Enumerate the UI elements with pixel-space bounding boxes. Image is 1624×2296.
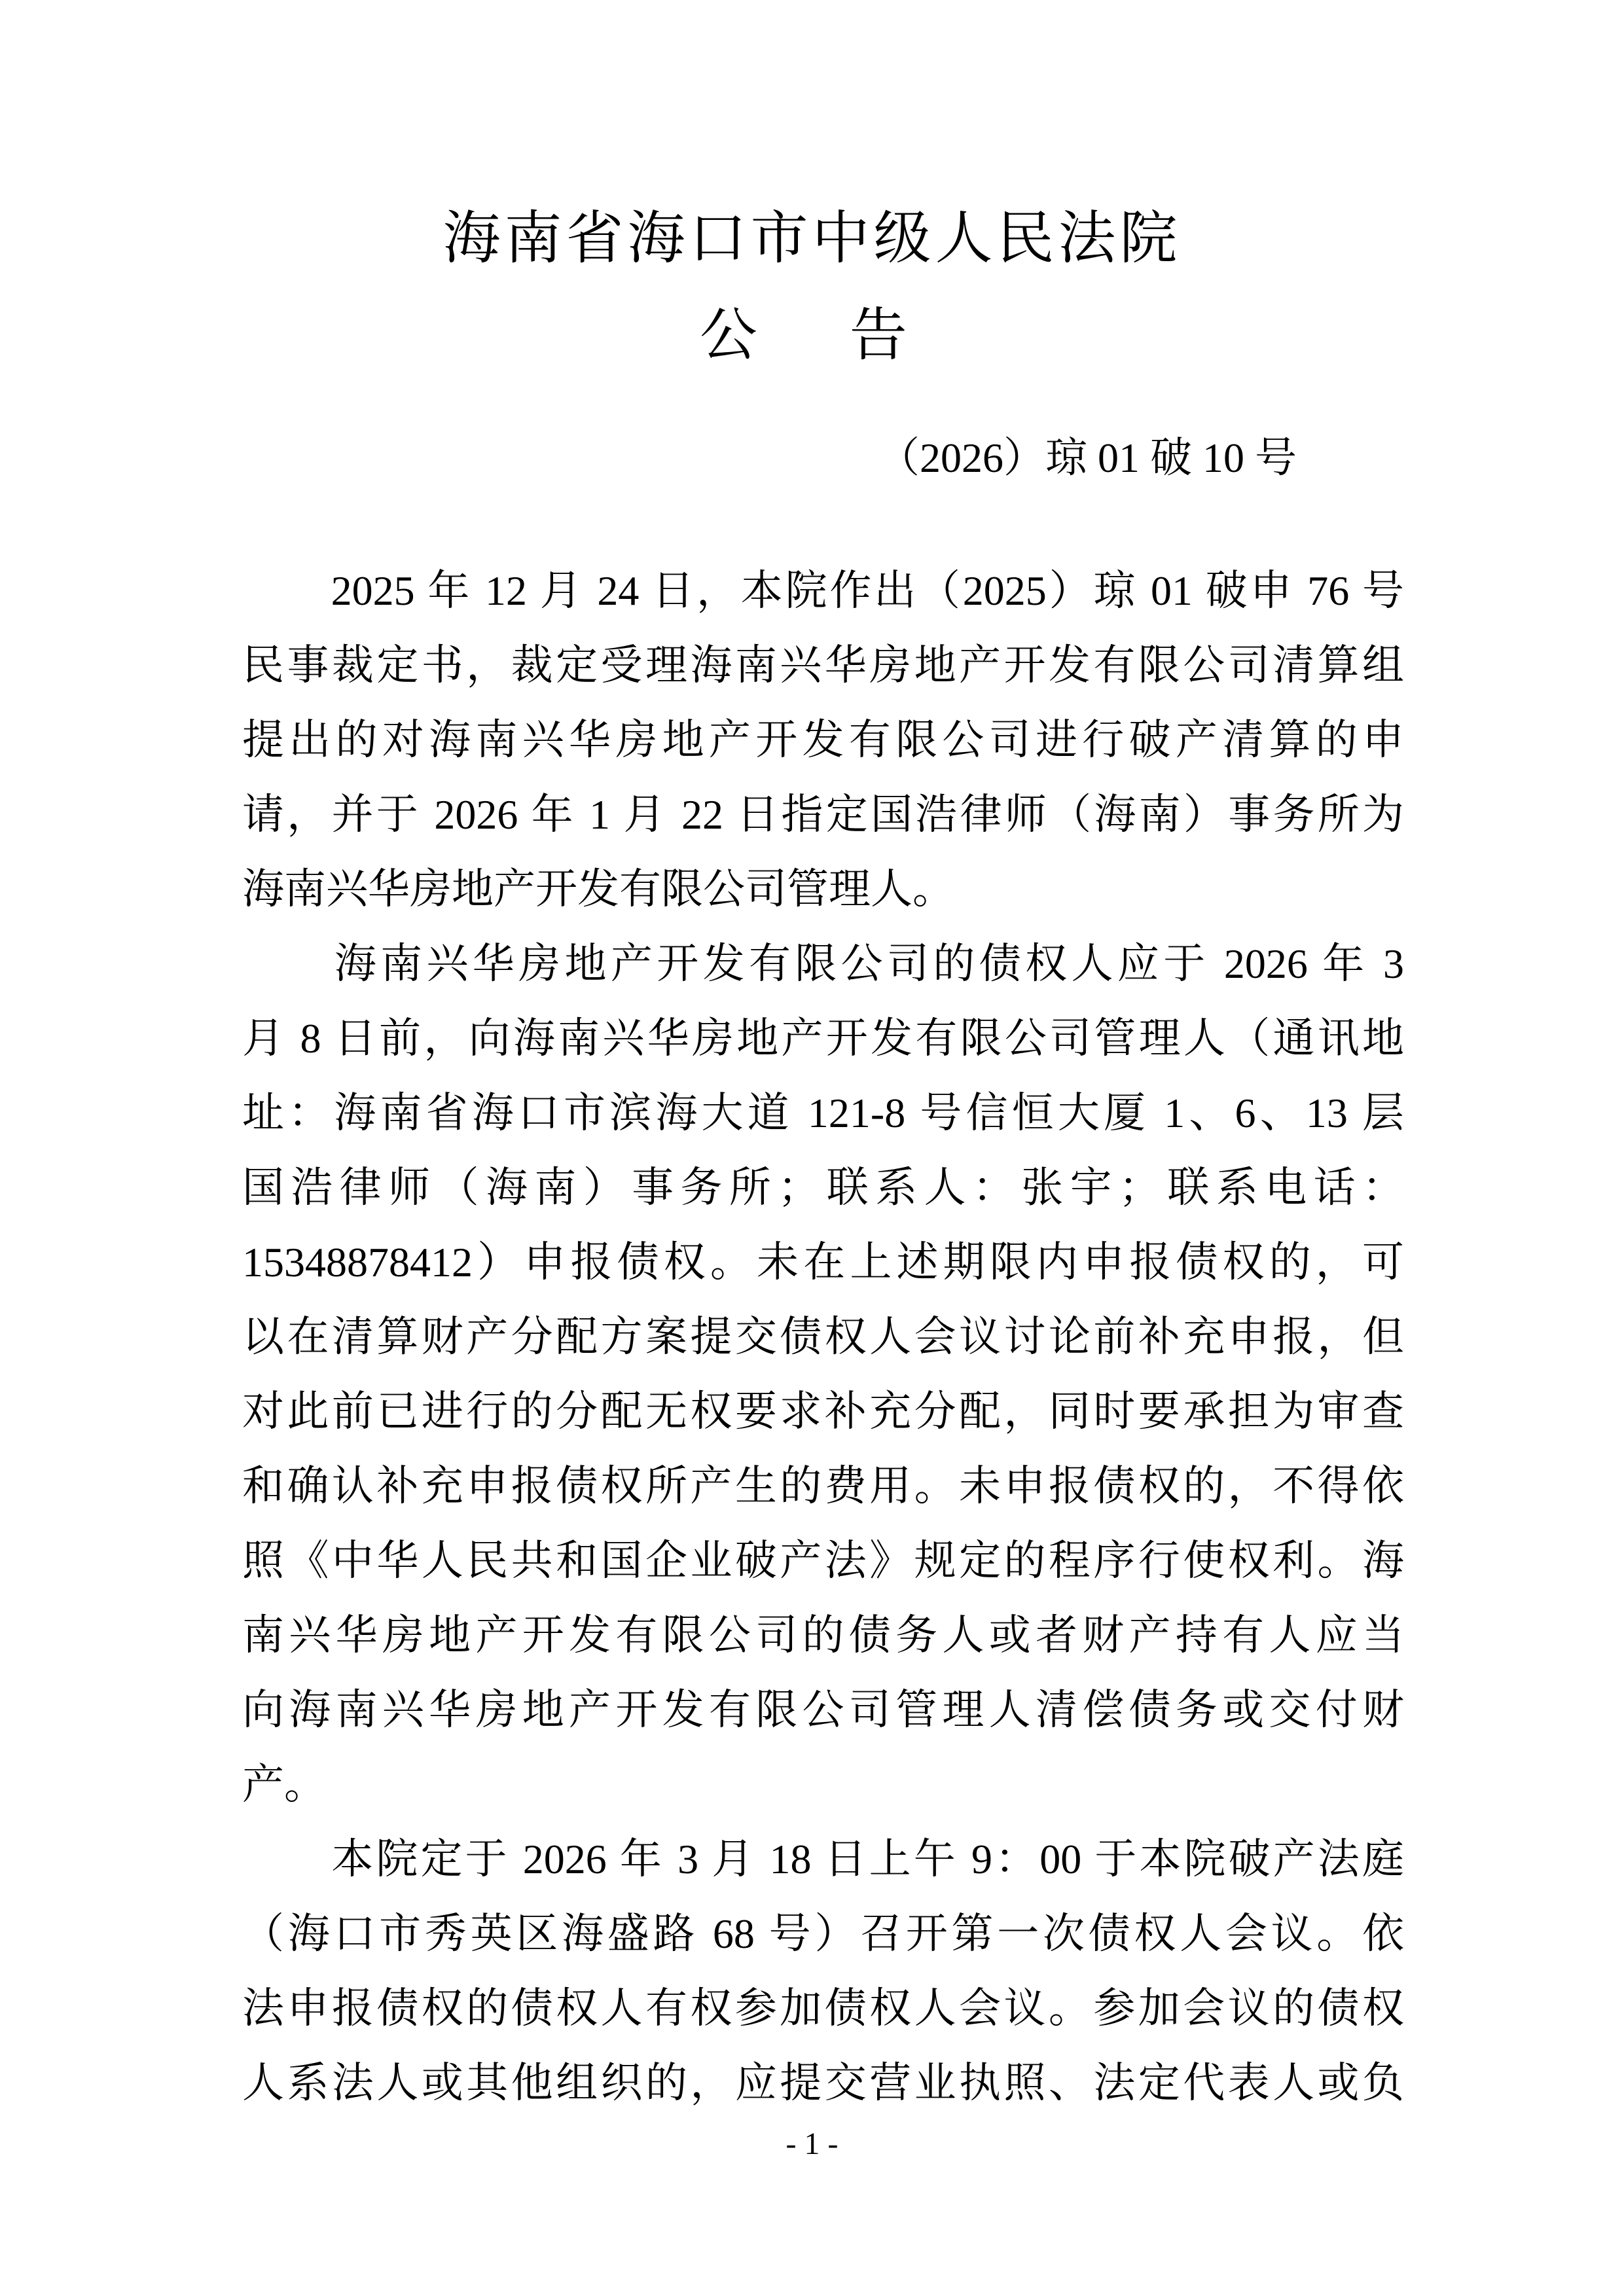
text-line: 请，并于 2026 年 1 月 22 日指定国浩律师（海南）事务所为 bbox=[242, 778, 1404, 852]
text-line: 本院定于 2026 年 3 月 18 日上午 9：00 于本院破产法庭 bbox=[242, 1822, 1404, 1897]
text-line: 址：海南省海口市滨海大道 121-8 号信恒大厦 1、6、13 层 bbox=[242, 1076, 1404, 1151]
text-line: 15348878412）申报债权。未在上述期限内申报债权的，可 bbox=[242, 1225, 1404, 1300]
text-line: 向海南兴华房地产开发有限公司管理人清偿债务或交付财 bbox=[242, 1673, 1404, 1748]
text-line: （海口市秀英区海盛路 68 号）召开第一次债权人会议。依 bbox=[242, 1897, 1404, 1971]
text-line: 月 8 日前，向海南兴华房地产开发有限公司管理人（通讯地 bbox=[242, 1001, 1404, 1076]
text-line: 南兴华房地产开发有限公司的债务人或者财产持有人应当 bbox=[242, 1598, 1404, 1673]
text-line: 对此前已进行的分配无权要求补充分配，同时要承担为审查 bbox=[242, 1374, 1404, 1449]
text-line: 提出的对海南兴华房地产开发有限公司进行破产清算的申 bbox=[242, 703, 1404, 778]
text-line: 产。 bbox=[242, 1748, 1404, 1822]
announcement-body: 2025 年 12 月 24 日，本院作出（2025）琼 01 破申 76 号民… bbox=[242, 554, 1404, 2121]
text-line: 和确认补充申报债权所产生的费用。未申报债权的，不得依 bbox=[242, 1449, 1404, 1524]
text-line: 照《中华人民共和国企业破产法》规定的程序行使权利。海 bbox=[242, 1524, 1404, 1598]
text-line: 以在清算财产分配方案提交债权人会议讨论前补充申报，但 bbox=[242, 1300, 1404, 1374]
court-announcement-page: 海南省海口市中级人民法院 公 告 （2026）琼 01 破 10 号 2025 … bbox=[0, 0, 1624, 2296]
text-line: 人系法人或其他组织的，应提交营业执照、法定代表人或负 bbox=[242, 2046, 1404, 2121]
text-line: 海南兴华房地产开发有限公司的债权人应于 2026 年 3 bbox=[242, 927, 1404, 1001]
court-title: 海南省海口市中级人民法院 bbox=[0, 208, 1624, 272]
text-line: 海南兴华房地产开发有限公司管理人。 bbox=[242, 852, 1404, 927]
doc-type-title: 公 告 bbox=[0, 305, 1624, 368]
case-number: （2026）琼 01 破 10 号 bbox=[878, 433, 1297, 484]
text-line: 法申报债权的债权人有权参加债权人会议。参加会议的债权 bbox=[242, 1971, 1404, 2046]
text-line: 民事裁定书，裁定受理海南兴华房地产开发有限公司清算组 bbox=[242, 628, 1404, 703]
text-line: 国浩律师（海南）事务所；联系人：张宇；联系电话： bbox=[242, 1151, 1404, 1225]
page-number: - 1 - bbox=[0, 2125, 1624, 2164]
text-line: 2025 年 12 月 24 日，本院作出（2025）琼 01 破申 76 号 bbox=[242, 554, 1404, 628]
